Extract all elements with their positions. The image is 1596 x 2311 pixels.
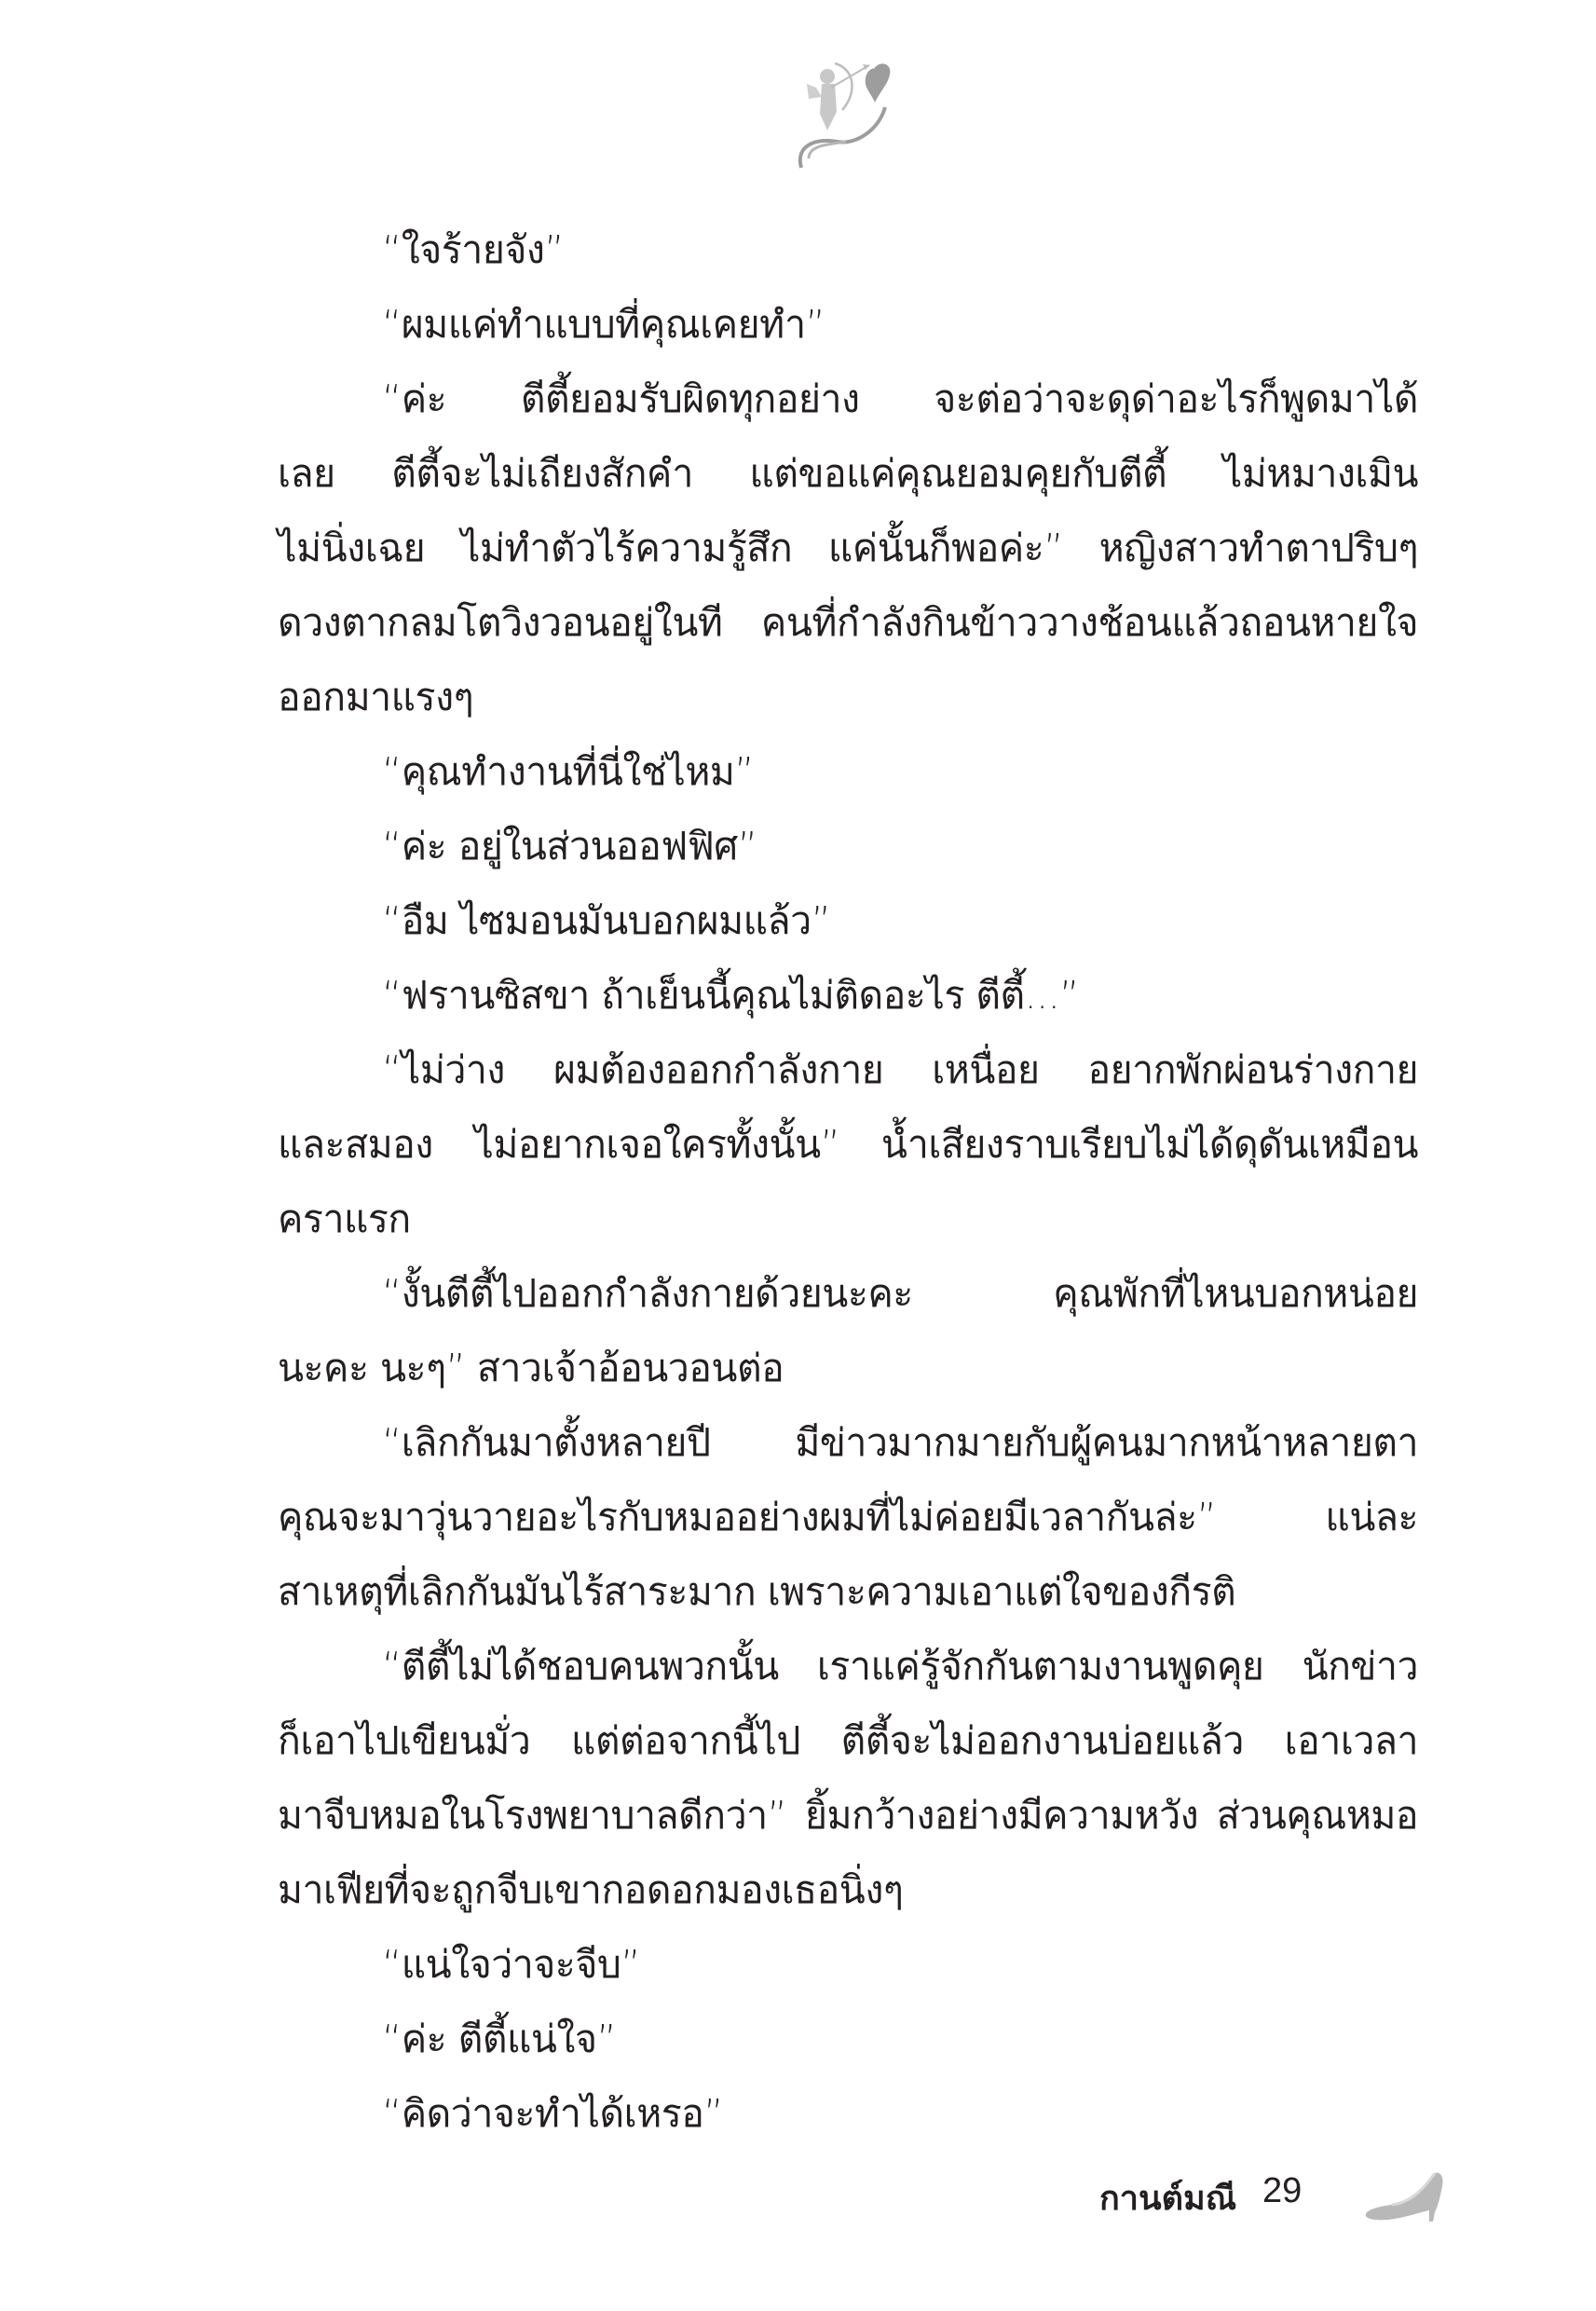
text-line: “ตีตี้ไม่ได้ชอบคนพวกนั้น เราแค่รู้จักกัน…	[278, 1629, 1418, 1703]
text-line: “คิดว่าจะทำได้เหรอ”	[278, 2076, 1418, 2151]
text-line: “คุณทำงานที่นี่ใช่ไหม”	[278, 734, 1418, 809]
text-line: “ฟรานซิสขา ถ้าเย็นนี้คุณไม่ติดอะไร ตีตี้…	[278, 958, 1418, 1032]
text-line: และสมอง ไม่อยากเจอใครทั้งนั้น” น้ำเสียงร…	[278, 1107, 1418, 1182]
text-line: “อืม ไซมอนมันบอกผมแล้ว”	[278, 883, 1418, 958]
text-line: สาเหตุที่เลิกกันมันไร้สาระมาก เพราะความเ…	[278, 1554, 1418, 1629]
text-line: “ค่ะ ตีตี้ยอมรับผิดทุกอย่าง จะต่อว่าจะดุ…	[278, 362, 1418, 436]
text-line: นะคะ นะๆ” สาวเจ้าอ้อนวอนต่อ	[278, 1331, 1418, 1405]
text-line: “งั้นตีตี้ไปออกกำลังกายด้วยนะคะ คุณพักที…	[278, 1256, 1418, 1331]
text-line: “แน่ใจว่าจะจีบ”	[278, 1927, 1418, 2002]
text-line: ออกมาแรงๆ	[278, 660, 1418, 734]
page-number: 29	[1262, 2171, 1302, 2211]
genie-lamp-cupid-icon	[781, 56, 902, 172]
text-line: คุณจะมาวุ่นวายอะไรกับหมออย่างผมที่ไม่ค่อ…	[278, 1480, 1418, 1554]
text-line: “ใจร้ายจัง”	[278, 212, 1418, 287]
text-line: “ค่ะ ตีตี้แน่ใจ”	[278, 2002, 1418, 2076]
text-line: “ไม่ว่าง ผมต้องออกกำลังกาย เหนื่อย อยากพ…	[278, 1032, 1418, 1107]
text-line: มาจีบหมอในโรงพยาบาลดีกว่า” ยิ้มกว้างอย่า…	[278, 1778, 1418, 1853]
text-line: ดวงตากลมโตวิงวอนอยู่ในที คนที่กำลังกินข้…	[278, 585, 1418, 660]
high-heel-shoe-icon	[1360, 2169, 1453, 2225]
text-line: ไม่นิ่งเฉย ไม่ทำตัวไร้ความรู้สึก แค่นั้น…	[278, 511, 1418, 585]
text-line: คราแรก	[278, 1182, 1418, 1256]
text-line: เลย ตีตี้จะไม่เถียงสักคำ แต่ขอแค่คุณยอมค…	[278, 436, 1418, 511]
page-footer: กานต์มณี 29	[1099, 2160, 1435, 2244]
text-line: “ค่ะ อยู่ในส่วนออฟฟิศ”	[278, 809, 1418, 883]
text-line: “เลิกกันมาตั้งหลายปี มีข่าวมากมายกับผู้ค…	[278, 1405, 1418, 1480]
body-text: “ใจร้ายจัง”“ผมแค่ทำแบบที่คุณเคยทำ”“ค่ะ ต…	[278, 212, 1418, 2151]
text-line: มาเฟียที่จะถูกจีบเขากอดอกมองเธอนิ่งๆ	[278, 1853, 1418, 1927]
text-line: ก็เอาไปเขียนมั่ว แต่ต่อจากนี้ไป ตีตี้จะไ…	[278, 1703, 1418, 1778]
text-line: “ผมแค่ทำแบบที่คุณเคยทำ”	[278, 287, 1418, 362]
book-title: กานต์มณี	[1099, 2171, 1236, 2224]
